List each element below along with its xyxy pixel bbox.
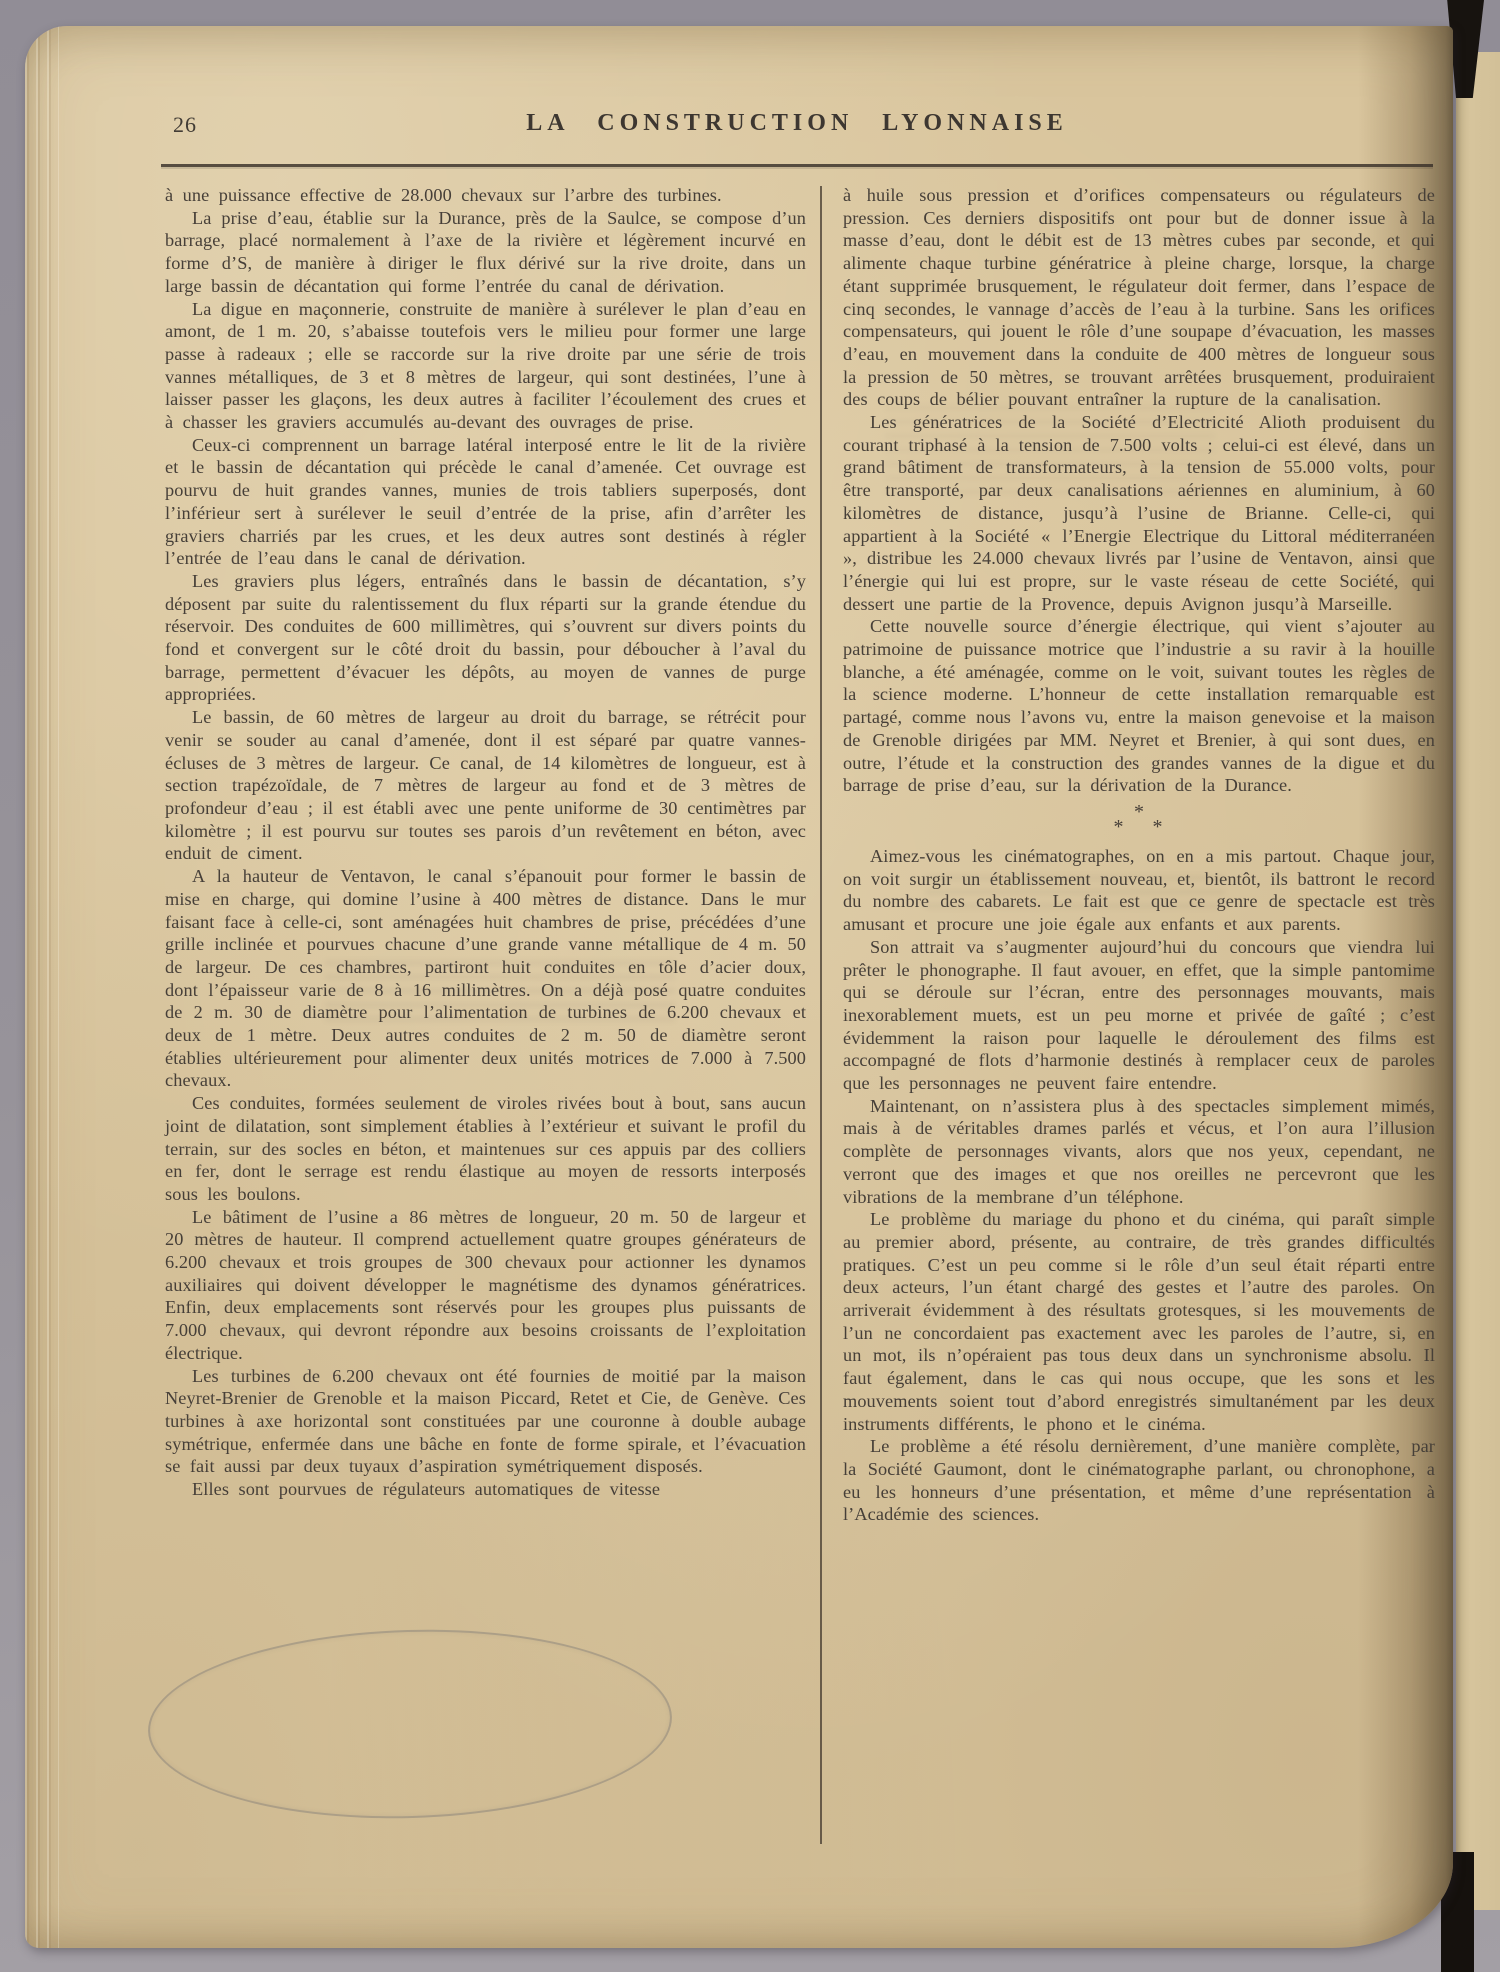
paragraph: Les génératrices de la Société d’Electri… <box>843 411 1435 615</box>
paragraph: Les graviers plus légers, entraînés dans… <box>165 570 806 706</box>
paragraph: Cette nouvelle source d’énergie électriq… <box>843 615 1435 797</box>
paragraph: La prise d’eau, établie sur la Durance, … <box>165 207 806 298</box>
paragraph: à une puissance effective de 28.000 chev… <box>165 184 806 207</box>
right-column-bottom: Aimez-vous les cinématographes, on en a … <box>843 845 1435 1526</box>
paragraph: Ces conduites, formées seulement de viro… <box>165 1092 806 1206</box>
paragraph: Le bassin, de 60 mètres de largeur au dr… <box>165 706 806 865</box>
asterism-bottom: * * <box>853 820 1435 835</box>
paragraph: A la hauteur de Ventavon, le canal s’épa… <box>165 865 806 1092</box>
page-number: 26 <box>173 112 197 138</box>
paragraph: Les turbines de 6.200 chevaux ont été fo… <box>165 1365 806 1479</box>
paragraph: Le bâtiment de l’usine a 86 mètres de lo… <box>165 1206 806 1365</box>
page-edge-stack <box>25 26 59 1948</box>
paragraph: Son attrait va s’augmenter aujourd’hui d… <box>843 936 1435 1095</box>
paragraph: à huile sous pression et d’orifices comp… <box>843 184 1435 411</box>
header-rule <box>161 164 1433 167</box>
paragraph: Elles sont pourvues de régulateurs autom… <box>165 1478 806 1501</box>
pencil-circle-annotation <box>145 1623 674 1826</box>
column-divider-rule <box>820 186 822 1844</box>
asterism-separator: * * * <box>843 805 1435 835</box>
paragraph: Ceux-ci comprennent un barrage latéral i… <box>165 434 806 570</box>
paragraph: La digue en maçonnerie, construite de ma… <box>165 298 806 434</box>
journal-page: 26 LA CONSTRUCTION LYONNAISE à une puiss… <box>25 26 1453 1948</box>
journal-title: LA CONSTRUCTION LYONNAISE <box>526 110 1068 137</box>
paragraph: Maintenant, on n’assistera plus à des sp… <box>843 1095 1435 1209</box>
paragraph: Le problème du mariage du phono et du ci… <box>843 1208 1435 1435</box>
scanned-book-photo: { "header": { "page_number": "26", "jour… <box>0 0 1500 1972</box>
right-column-top: à huile sous pression et d’orifices comp… <box>843 184 1435 797</box>
paragraph: Le problème a été résolu dernièrement, d… <box>843 1435 1435 1526</box>
next-page-edge <box>1456 52 1500 1910</box>
paragraph: Aimez-vous les cinématographes, on en a … <box>843 845 1435 936</box>
right-column: à huile sous pression et d’orifices comp… <box>843 184 1435 1526</box>
left-column: à une puissance effective de 28.000 chev… <box>165 184 806 1501</box>
